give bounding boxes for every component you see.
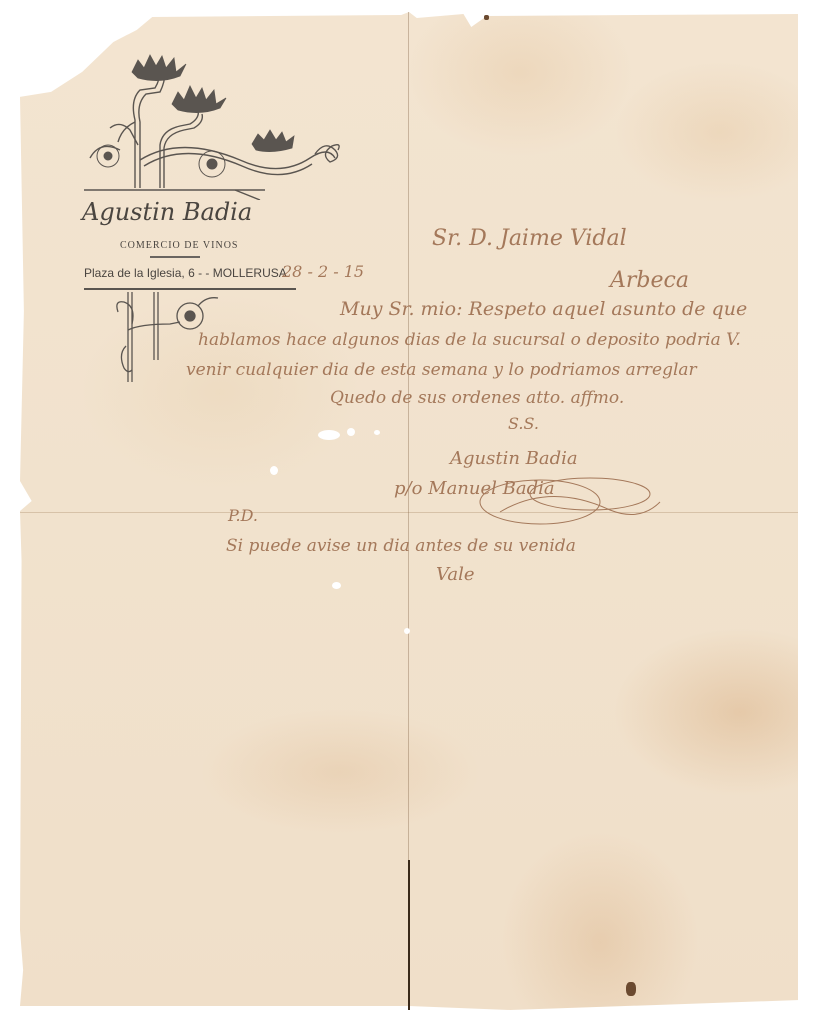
letterhead-business: COMERCIO DE VINOS — [120, 240, 239, 251]
letter-closing: Vale — [436, 564, 475, 585]
paper-hole — [270, 466, 278, 475]
letter-body-line-2: venir cualquier dia de esta semana y lo … — [186, 360, 697, 380]
letter-date: 28 - 2 - 15 — [282, 262, 364, 281]
ink-spot — [484, 15, 489, 20]
letter-initials: S.S. — [508, 414, 539, 433]
ink-spot — [626, 982, 636, 996]
paper-hole — [318, 430, 340, 440]
postscript-text: Si puede avise un dia antes de su venida — [226, 536, 576, 556]
paper-hole — [347, 428, 355, 436]
letter-body-line-1: hablamos hace algunos dias de la sucursa… — [198, 330, 741, 350]
letter-recipient: Sr. D. Jaime Vidal — [432, 226, 627, 251]
paper-hole — [404, 628, 410, 634]
postscript-label: P.D. — [228, 506, 258, 525]
letter-body-line-3: Quedo de sus ordenes atto. affmo. — [330, 388, 624, 408]
vertical-tear — [408, 860, 410, 1010]
paper-hole — [332, 582, 341, 589]
letterhead-address: Plaza de la Iglesia, 6 - - MOLLERUSA — [84, 266, 287, 280]
letter-place: Arbeca — [610, 268, 689, 293]
horizontal-fold-line — [20, 512, 798, 513]
paper-hole — [374, 430, 380, 435]
letterhead-divider — [150, 256, 200, 258]
floral-ornament-icon — [80, 50, 360, 200]
signature-agustin: Agustin Badia — [450, 448, 578, 469]
letter-salutation: Muy Sr. mio: Respeto aquel asunto de que — [340, 298, 747, 320]
signature-flourish-icon — [470, 472, 670, 532]
letterhead-name: Agustin Badia — [82, 198, 252, 226]
